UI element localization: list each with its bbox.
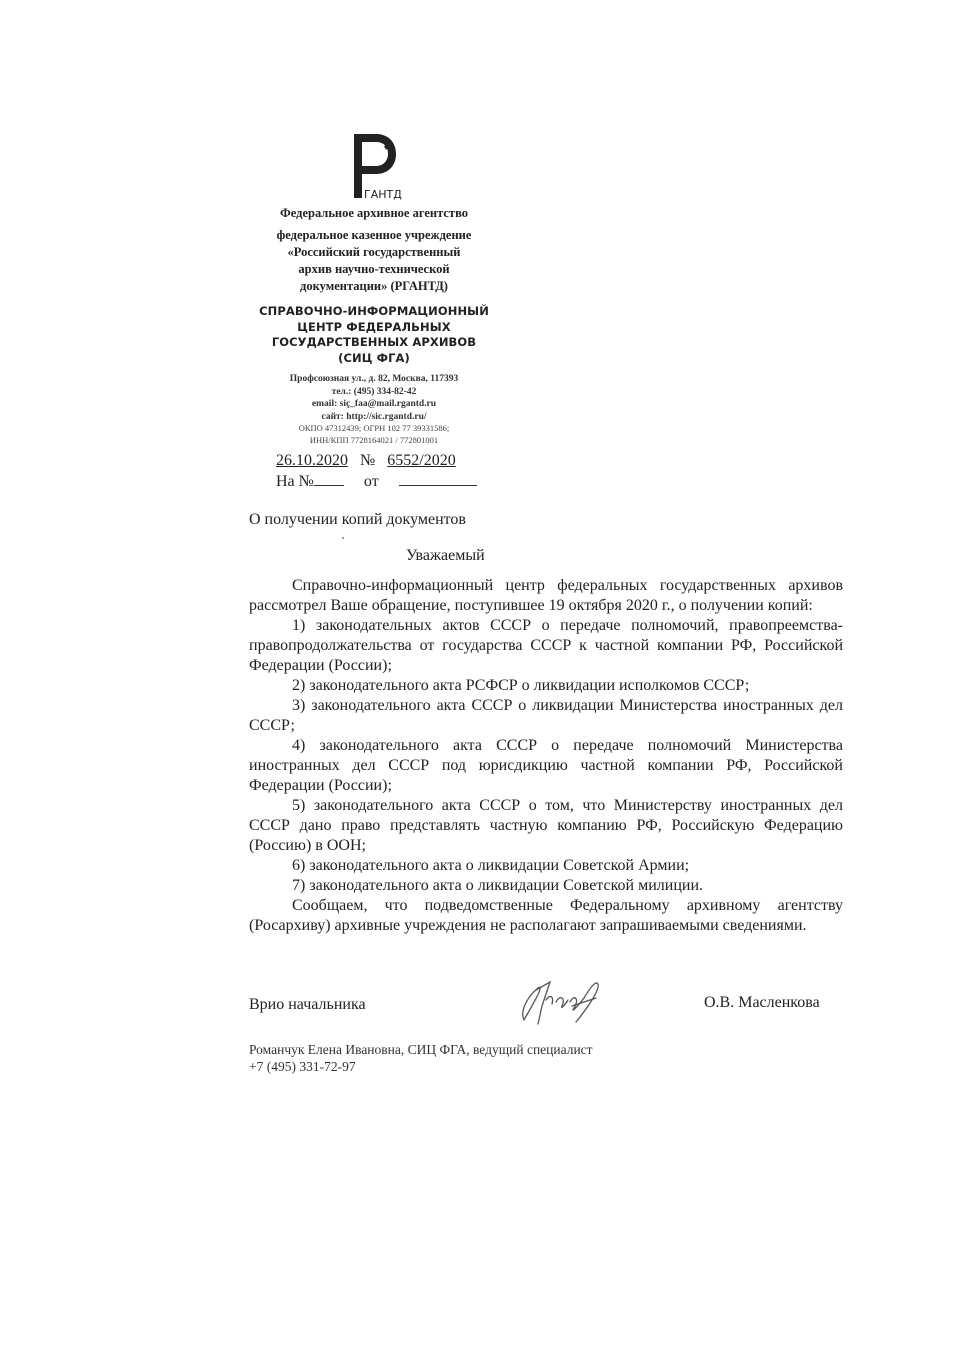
signatory-title: Врио начальника [249, 996, 366, 1014]
request-item: 6) законодательного акта о ликвидации Со… [249, 856, 843, 876]
from-label: от [364, 473, 379, 490]
request-item: 4) законодательного акта СССР о передаче… [249, 736, 843, 796]
request-item: 3) законодательного акта СССР о ликвидац… [249, 696, 843, 736]
institution-line: «Российский государственный [244, 244, 504, 261]
institution-name: федеральное казенное учреждение «Российс… [244, 227, 504, 295]
letter-body: Справочно-информационный центр федеральн… [249, 576, 843, 936]
salutation: Уважаемый [406, 547, 485, 565]
executor-phone: +7 (495) 331-72-97 [249, 1058, 593, 1075]
scan-speck [342, 537, 344, 539]
letterhead: ГАНТД Федеральное архивное агентство фед… [244, 128, 504, 446]
executor-name: Романчук Елена Ивановна, СИЦ ФГА, ведущи… [249, 1041, 593, 1058]
signature-block: Врио начальника О.В. Масленкова [249, 994, 843, 1024]
reply-date-blank [399, 471, 477, 486]
institution-line: архив научно-технической [244, 261, 504, 278]
center-name: СПРАВОЧНО-ИНФОРМАЦИОННЫЙ ЦЕНТР ФЕДЕРАЛЬН… [244, 304, 504, 366]
website: сайт: http://sic.rgantd.ru/ [244, 411, 504, 424]
letter-date: 26.10.2020 [276, 452, 348, 469]
agency-name: Федеральное архивное агентство [244, 206, 504, 221]
request-item: 5) законодательного акта СССР о том, что… [249, 796, 843, 856]
center-line: ГОСУДАРСТВЕННЫХ АРХИВОВ [244, 335, 504, 351]
center-line: ЦЕНТР ФЕДЕРАЛЬНЫХ [244, 320, 504, 336]
signatory-name: О.В. Масленкова [704, 994, 820, 1012]
letter-number: 6552/2020 [387, 452, 455, 469]
reply-to-row: На № от [276, 471, 477, 492]
document-page: ГАНТД Федеральное архивное агентство фед… [0, 0, 968, 1369]
reply-to-label: На № [276, 473, 314, 490]
center-line: (СИЦ ФГА) [244, 351, 504, 367]
center-line: СПРАВОЧНО-ИНФОРМАЦИОННЫЙ [244, 304, 504, 320]
institution-line: документации» (РГАНТД) [244, 278, 504, 295]
phone: тел.: (495) 334-82-42 [244, 386, 504, 399]
handwritten-signature-icon [516, 976, 616, 1032]
subject-line: О получении копий документов [249, 511, 466, 529]
registration-block: 26.10.2020 № 6552/2020 На № от [276, 451, 477, 492]
codes-line: ИНН/КПП 7728164021 / 772801001 [244, 435, 504, 447]
contacts: Профсоюзная ул., д. 82, Москва, 117393 т… [244, 373, 504, 423]
institution-line: федеральное казенное учреждение [244, 227, 504, 244]
svg-text:ГАНТД: ГАНТД [364, 188, 402, 201]
executor-block: Романчук Елена Ивановна, СИЦ ФГА, ведущи… [249, 1041, 593, 1075]
request-item: 7) законодательного акта о ликвидации Со… [249, 876, 843, 896]
codes-line: ОКПО 47312439; ОГРН 102 77 39331586; [244, 423, 504, 435]
rgantd-logo-icon: ГАНТД [334, 128, 414, 202]
registry-codes: ОКПО 47312439; ОГРН 102 77 39331586; ИНН… [244, 423, 504, 446]
number-label: № [360, 452, 375, 469]
request-item: 1) законодательных актов СССР о передаче… [249, 616, 843, 676]
address: Профсоюзная ул., д. 82, Москва, 117393 [244, 373, 504, 386]
email: email: siç_faa@mail.rgantd.ru [244, 398, 504, 411]
outgoing-number-row: 26.10.2020 № 6552/2020 [276, 451, 477, 471]
body-paragraph: Сообщаем, что подведомственные Федеральн… [249, 896, 843, 936]
request-item: 2) законодательного акта РСФСР о ликвида… [249, 676, 843, 696]
body-paragraph: Справочно-информационный центр федеральн… [249, 576, 843, 616]
reply-number-blank [314, 471, 344, 486]
